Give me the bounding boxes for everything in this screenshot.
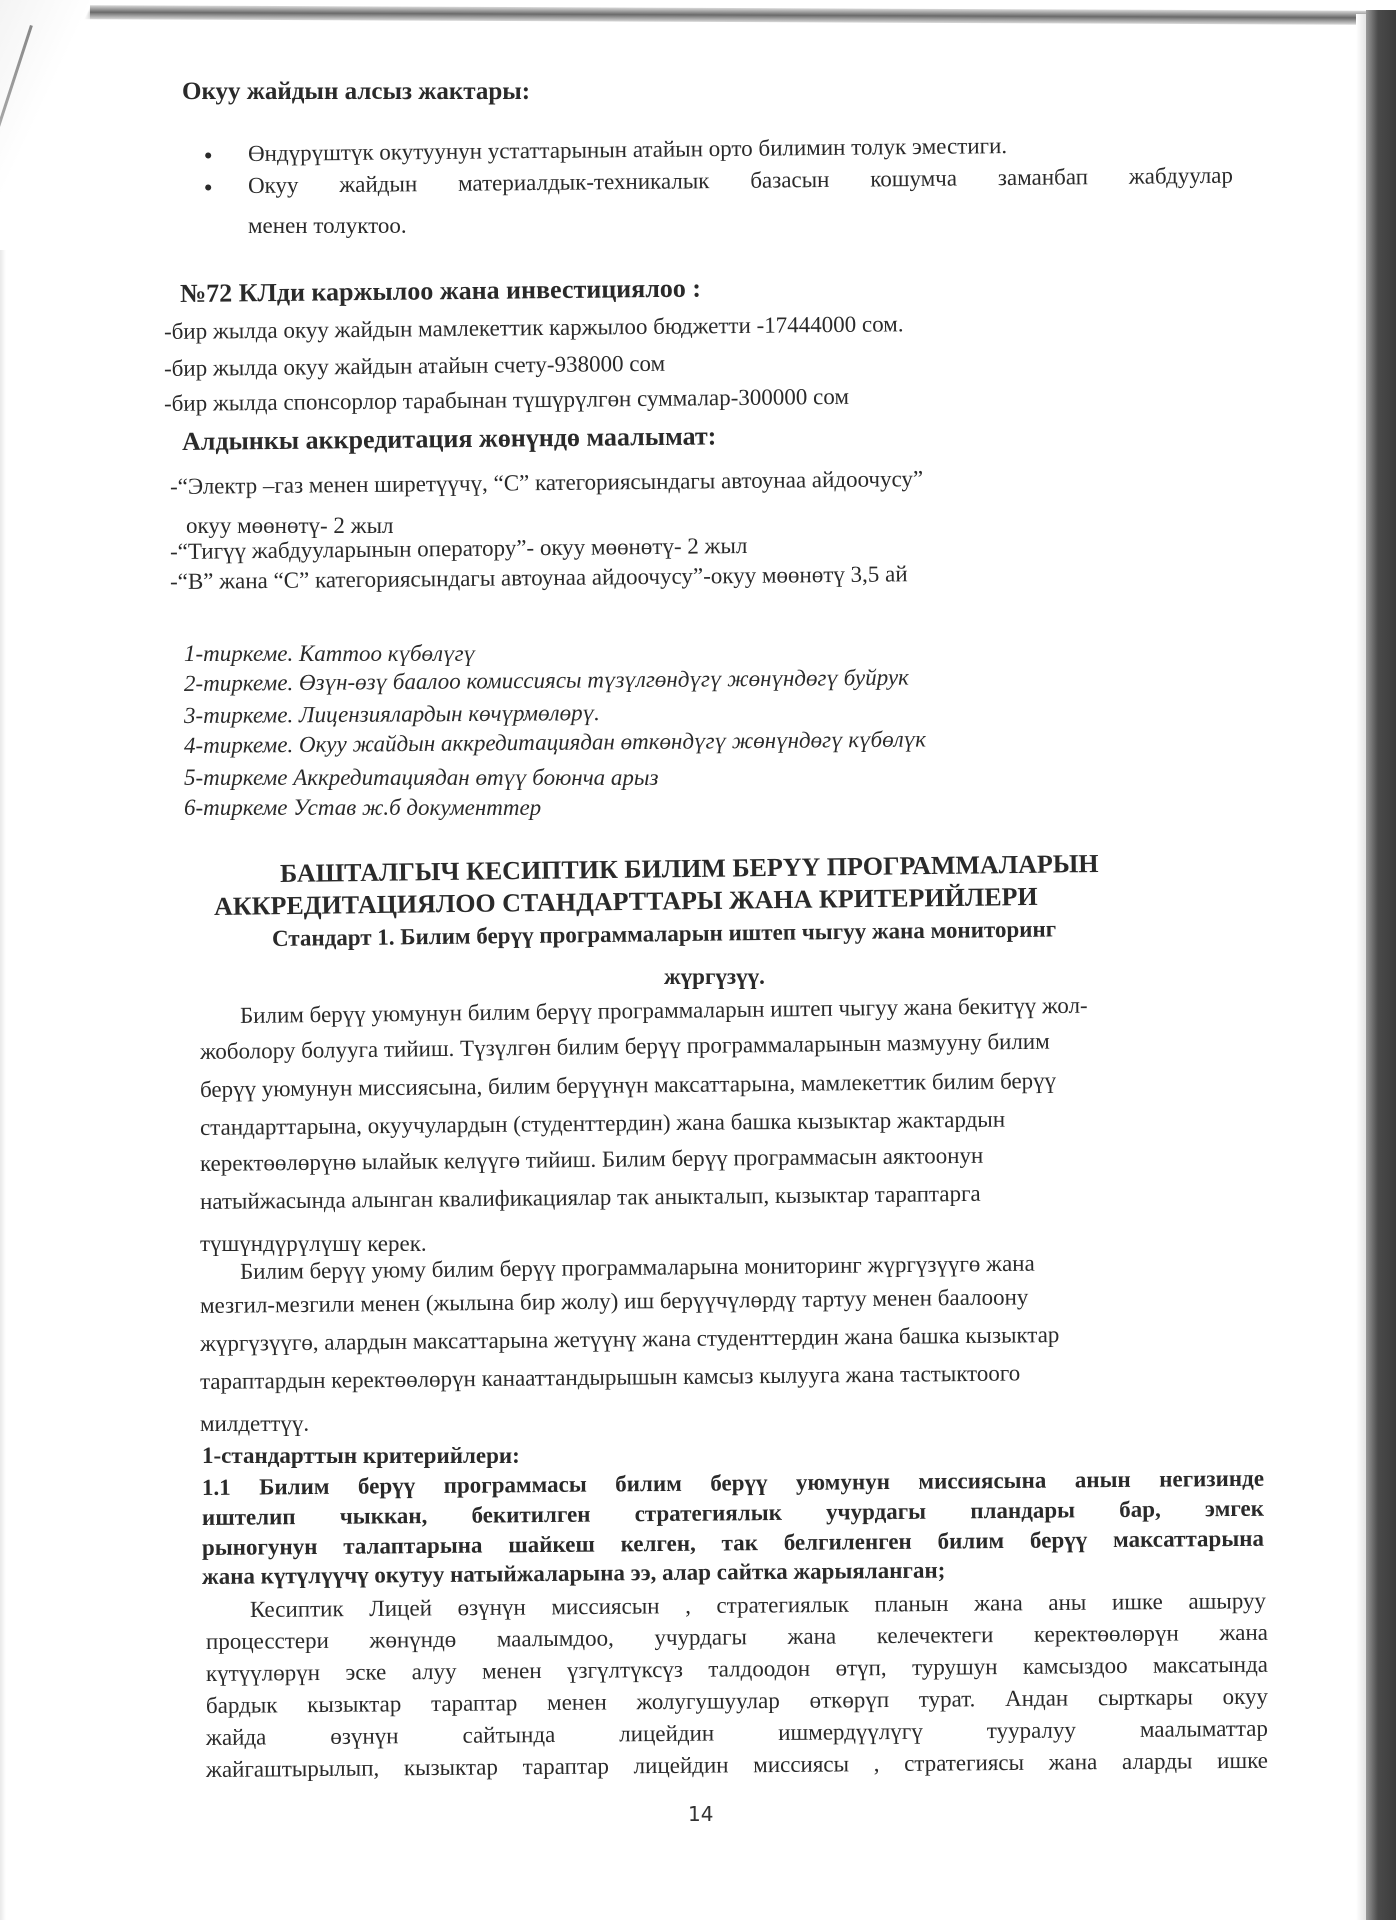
paragraph-line: Билим берүү уюмунун билим берүү программ… xyxy=(240,992,1088,1030)
prior-accreditation-heading: Алдынкы аккредитация жөнүндө маалымат: xyxy=(182,422,717,456)
standard-title-line: Стандарт 1. Билим берүү программаларын и… xyxy=(272,915,1056,953)
weakness-item: Окуу жайдын материалдык-техникалык базас… xyxy=(248,162,1233,200)
weakness-item-continuation: менен толуктоо. xyxy=(248,212,407,240)
accreditation-item: -“В” жана “С” категориясындагы автоунаа … xyxy=(170,560,908,596)
paragraph-line: берүү уюмунун миссиясына, билим берүүнүн… xyxy=(200,1067,1056,1104)
criterion-1-1-line: жана күтүлүүчү окутуу натыйжаларына ээ, … xyxy=(202,1557,946,1591)
financing-item: -бир жылда спонсорлор тарабынан түшүрүлг… xyxy=(164,383,849,418)
paragraph-line: жоболору болууга тийиш. Түзүлгөн билим б… xyxy=(200,1028,1050,1066)
paragraph-line: бардык кызыктар тараптар менен жолугушуу… xyxy=(206,1683,1268,1720)
paragraph-line: процесстери жөнүндө маалымдоо, учурдагы … xyxy=(206,1619,1268,1656)
document-page: Окуу жайдын алсыз жактары: Өндүрүштүк ок… xyxy=(0,0,1396,1920)
accreditation-item: -“Электр –газ менен ширетүүчү, “С” катег… xyxy=(170,465,923,501)
weakness-item: Өндүрүштүк окутуунун устаттарынын атайын… xyxy=(248,132,1007,168)
weakness-item-text: Окуу жайдын материалдык-техникалык базас… xyxy=(248,162,1233,200)
paragraph-line: жайгаштырылып, кызыктар тараптар лицейди… xyxy=(206,1747,1268,1784)
financing-item: -бир жылда окуу жайдын атайын счету-9380… xyxy=(164,350,665,383)
page-number: 14 xyxy=(688,1802,713,1826)
standard-title-line: жүргүзүү. xyxy=(664,963,765,991)
paragraph-line: натыйжасында алынган квалификациялар так… xyxy=(200,1180,981,1216)
paragraph-line: түшүндүрүлүшү керек. xyxy=(200,1230,427,1258)
paragraph-line: мезгил-мезгили менен (жылына бир жолу) и… xyxy=(200,1283,1029,1320)
attachment-item: 1-тиркеме. Каттоо күбөлүгү xyxy=(184,640,475,668)
attachment-item: 4-тиркеме. Окуу жайдын аккредитациядан ө… xyxy=(184,726,926,760)
paragraph-line: жүргүзүүгө, алардын максаттарына жетүүнү… xyxy=(200,1321,1060,1358)
weaknesses-heading: Окуу жайдын алсыз жактары: xyxy=(182,78,530,106)
section-title-line: АККРЕДИТАЦИЯЛОО СТАНДАРТТАРЫ ЖАНА КРИТЕР… xyxy=(214,883,1038,921)
accreditation-item: -“Тигүү жабдууларынын оператору”- окуу м… xyxy=(170,532,748,566)
paragraph-line: жайда өзүнүн сайтында лицейдин ишмердүүл… xyxy=(206,1715,1268,1752)
attachment-item: 5-тиркеме Аккредитациядан өтүү боюнча ар… xyxy=(184,764,658,792)
criteria-heading: 1-стандарттын критерийлери: xyxy=(202,1442,520,1470)
paragraph-line: керектөөлөрүнө ылайык келүүгө тийиш. Бил… xyxy=(200,1142,984,1178)
attachment-item: 6-тиркеме Устав ж.б документтер xyxy=(184,794,541,822)
attachment-item: 2-тиркеме. Өзүн-өзү баалоо комиссиясы тү… xyxy=(184,664,909,698)
paragraph-line: стандарттарына, окуучулардын (студенттер… xyxy=(200,1106,1005,1142)
paragraph-line: Кесиптик Лицей өзүнүн миссиясын , страте… xyxy=(250,1587,1266,1624)
paragraph-line: тараптардын керектөөлөрүн канааттандырыш… xyxy=(200,1359,1021,1396)
paragraph-line: күтүүлөрүн эске алуу менен үзгүлтүксүз т… xyxy=(206,1651,1268,1688)
financing-heading: №72 КЛди каржылоо жана инвестициялоо : xyxy=(180,275,701,308)
paragraph-line: милдеттүү. xyxy=(200,1410,309,1438)
financing-item: -бир жылда окуу жайдын мамлекеттик каржы… xyxy=(164,310,904,346)
attachment-item: 3-тиркеме. Лицензиялардын көчүрмөлөрү. xyxy=(184,699,600,730)
